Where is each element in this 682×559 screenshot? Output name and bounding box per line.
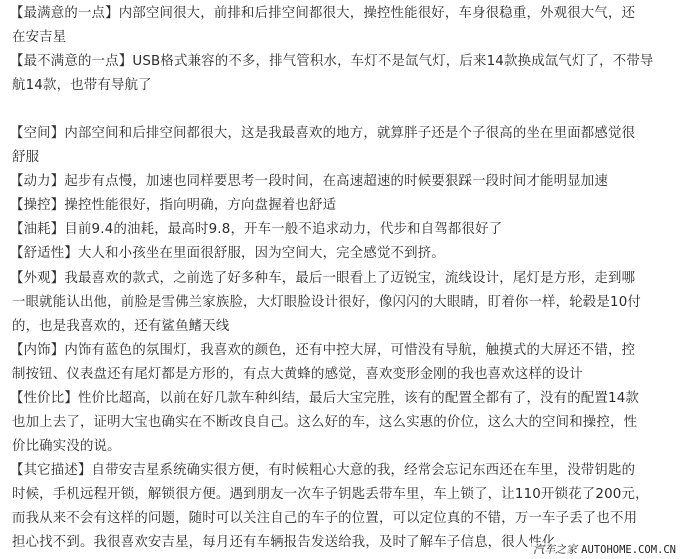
review-line-other-cont-1: 时候，手机远程开锁，解锁很方便。遇到朋友一次车子钥匙丢带车里，车上锁了，让110… (10, 483, 682, 507)
review-line-interior-cont: 制按钮、仪表盘还有尾灯都是方形的，有点大黄蜂的感觉，喜欢变形金刚的我也喜欢这样的… (10, 363, 682, 387)
review-line-power: 【动力】起步有点慢，加速也同样要思考一段时间，在高速超速的时候要狠踩一段时间才能… (10, 170, 682, 194)
watermark-cn: 汽车之家 (533, 543, 577, 556)
review-line-best-point-cont: 在安吉星 (10, 26, 682, 50)
blank-line (10, 98, 682, 122)
review-line-handling: 【操控】操控性能很好，指向明确，方向盘握着也舒适 (10, 194, 682, 218)
review-line-fuel: 【油耗】目前9.4的油耗，最高时9.8，开车一般不追求动力，代步和自驾都很好了 (10, 218, 682, 242)
review-line-value-cont-2: 价比确实没的说。 (10, 435, 682, 459)
review-line-space-cont: 舒服 (10, 146, 682, 170)
review-text: 【最满意的一点】内部空间很大，前排和后排空间都很大，操控性能很好，车身很稳重，外… (10, 2, 682, 555)
review-line-other: 【其它描述】自带安吉星系统确实很方便，有时候粗心大意的我，经常会忘记东西还在车里… (10, 459, 682, 483)
review-line-best-point: 【最满意的一点】内部空间很大，前排和后排空间都很大，操控性能很好，车身很稳重，外… (10, 2, 682, 26)
review-line-space: 【空间】内部空间和后排空间都很大，这是我最喜欢的地方，就算胖子还是个子很高的坐在… (10, 122, 682, 146)
review-line-comfort: 【舒适性】大人和小孩坐在里面很舒服，因为空间大，完全感觉不到挤。 (10, 242, 682, 266)
review-line-exterior: 【外观】我最喜欢的款式，之前选了好多种车，最后一眼看上了迈锐宝，流线设计，尾灯是… (10, 267, 682, 291)
review-line-value: 【性价比】性价比超高，以前在好几款车种纠结，最后大宝完胜，该有的配置全都有了，没… (10, 387, 682, 411)
review-line-exterior-cont-1: 一眼就能认出他，前脸是雪佛兰家族脸，大灯眼脸设计很好，像闪闪的大眼睛，盯着你一样… (10, 291, 682, 315)
review-line-exterior-cont-2: 的，也是我喜欢的，还有鲨鱼鳍天线 (10, 315, 682, 339)
review-line-worst-point-cont: 航14款，也带有导航了 (10, 74, 682, 98)
review-line-value-cont-1: 也加上去了，证明大宝也确实在不断改良自己。这么好的车，这么实惠的价位，这么大的空… (10, 411, 682, 435)
watermark-domain: AUTOHOME.COM.CN (581, 544, 676, 556)
review-line-interior: 【内饰】内饰有蓝色的氛围灯，我喜欢的颜色，还有中控大屏，可惜没有导航，触摸式的大… (10, 339, 682, 363)
autohome-watermark: 汽车之家AUTOHOME.COM.CN (531, 543, 678, 557)
review-line-worst-point: 【最不满意的一点】USB格式兼容的不多，排气管积水，车灯不是氙气灯，后来14款换… (10, 50, 682, 74)
review-line-other-cont-2: 而我从来不会有这样的问题，随时可以关注自己的车子的位置，可以定位真的不错，万一车… (10, 507, 682, 531)
